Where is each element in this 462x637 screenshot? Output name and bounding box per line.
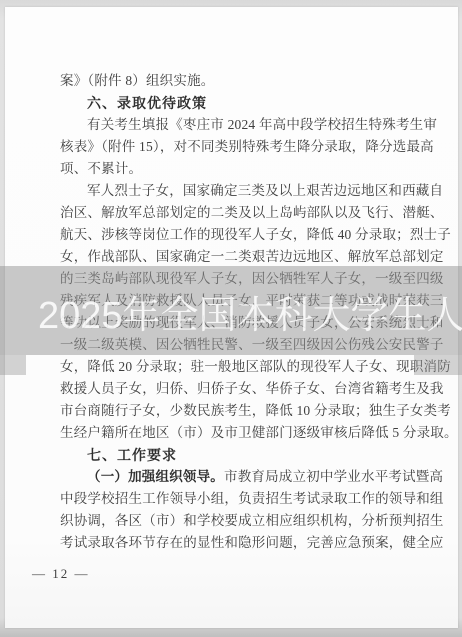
doc-line: 市台商随行子女，少数民族考生，降低 10 分录取；独生子女类考: [60, 400, 422, 422]
doc-line: （一）加强组织领导。市教育局成立初中学业水平考试暨高: [60, 466, 422, 488]
doc-line: 女，降低 20 分录取；驻一般地区部队的现役军人子女、现职消防: [60, 356, 422, 378]
doc-line: 中段学校招生工作领导小组，负责招生考试录取工作的领导和组: [60, 488, 422, 510]
doc-line: 织协调，各区（市）和学校要成立相应组织机构，分析预判招生: [60, 510, 422, 532]
doc-line: 有关考生填报《枣庄市 2024 年高中段学校招生特殊考生审: [60, 114, 422, 136]
section-heading-7: 七、工作要求: [60, 444, 422, 466]
gray-overlay-tail-right: [414, 355, 462, 375]
document-photo: 案》（附件 8）组织实施。 六、录取优待政策 有关考生填报《枣庄市 2024 年…: [0, 0, 462, 637]
section-heading-6: 六、录取优待政策: [60, 92, 422, 114]
doc-line: 救援人员子女，归侨、归侨子女、华侨子女、台湾省籍考生及我: [60, 378, 422, 400]
watermark-text: 2025年全国本科大学生人数: [38, 294, 462, 338]
doc-line: 项、不累计。: [60, 158, 422, 180]
gray-overlay-tail-left: [0, 355, 26, 375]
doc-line: 生经户籍所在地区（市）及市卫健部门逐级审核后降低 5 分录取。: [60, 422, 422, 444]
doc-line: 考试录取各环节存在的显性和隐形问题，完善应急预案，健全应: [60, 532, 422, 554]
doc-line: 女，作战部队、国家确定一二类艰苦边远地区、解放军总部划定: [60, 246, 422, 268]
doc-line: 军人烈士子女，国家确定三类及以上艰苦边远地区和西藏自: [60, 180, 422, 202]
doc-line-text: 市教育局成立初中学业水平考试暨高: [224, 469, 443, 484]
page-number: — 12 —: [32, 566, 90, 582]
doc-line: 核表》（附件 15），对不同类别特殊考生降分录取，降分选最高: [60, 136, 422, 158]
doc-line: 航天、涉核等岗位工作的现役军人子女，降低 40 分录取；烈士子: [60, 224, 422, 246]
doc-line: 案》（附件 8）组织实施。: [60, 70, 422, 92]
doc-line: 治区、解放军总部划定的二类及以上岛屿部队以及飞行、潜艇、: [60, 202, 422, 224]
subsection-lead: （一）加强组织领导。: [87, 469, 224, 484]
